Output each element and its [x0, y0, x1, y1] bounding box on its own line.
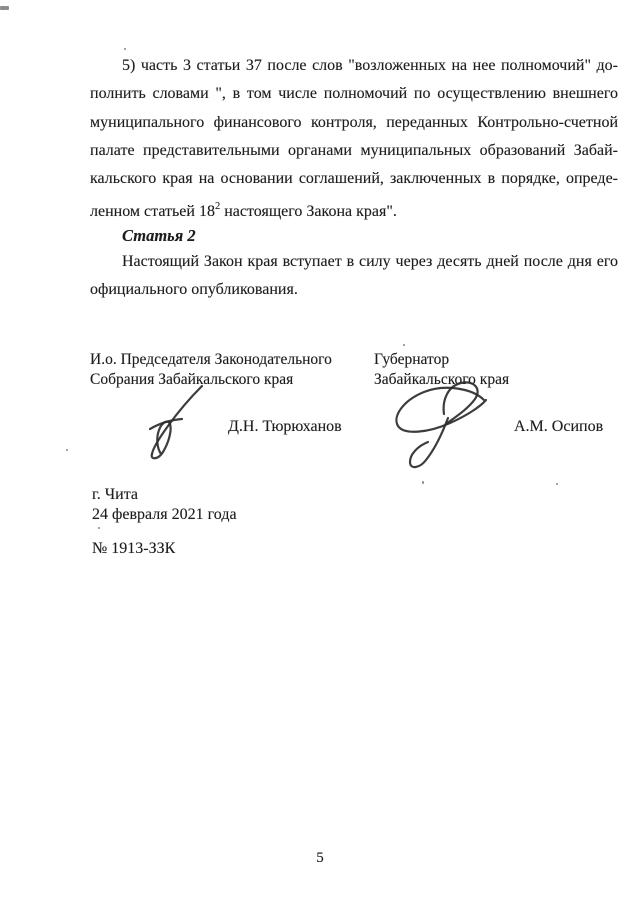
article-2-heading: Статья 2 — [122, 226, 196, 246]
scan-edge-artifact — [0, 6, 9, 10]
paragraph-article2: Настоящий Закон края вступает в силу чер… — [90, 248, 618, 305]
paragraph-line: Настоящий Закон края вступает в силу чер… — [90, 248, 618, 276]
paragraph-line: ленном статьей 182 настоящего Закона кра… — [90, 193, 618, 226]
paragraph-amendment-item5: 5) часть 3 статьи 37 после слов "возложе… — [90, 52, 618, 227]
scan-speck — [403, 344, 405, 346]
signatory-name-right: А.М. Осипов — [514, 418, 603, 436]
scan-speck — [124, 48, 126, 50]
paragraph-line: кальского края на основании соглашений, … — [90, 165, 618, 193]
scan-speck — [66, 449, 68, 451]
paragraph-line: муниципального финансового контроля, пер… — [90, 109, 618, 137]
signatory-title-line: И.о. Председателя Законодательного — [90, 350, 332, 370]
paragraph-line: полнить словами ", в том числе полномочи… — [90, 80, 618, 108]
place-date-block: г. Чита 24 февраля 2021 года — [92, 485, 237, 524]
page-number: 5 — [0, 850, 640, 867]
document-number: № 1913-ЗЗК — [92, 540, 175, 558]
date-label: 24 февраля 2021 года — [92, 505, 237, 525]
paragraph-line-text: настоящего Закона края". — [220, 203, 397, 220]
paragraph-line: 5) часть 3 статьи 37 после слов "возложе… — [90, 52, 618, 80]
scan-speck — [98, 527, 100, 529]
paragraph-line-text: ленном статьей 18 — [90, 203, 215, 220]
signatory-title-line: Губернатор — [374, 350, 509, 370]
signatory-name-left: Д.Н. Тюрюханов — [228, 418, 342, 436]
handwritten-signature-right — [388, 376, 493, 471]
document-page: 5) часть 3 статьи 37 после слов "возложе… — [0, 0, 640, 905]
city-label: г. Чита — [92, 485, 237, 505]
scan-speck — [556, 483, 558, 485]
paragraph-line: официального опубликования. — [90, 276, 618, 304]
handwritten-signature-left — [138, 382, 218, 462]
scan-speck — [422, 481, 424, 484]
paragraph-line: палате представительными органами муници… — [90, 137, 618, 165]
